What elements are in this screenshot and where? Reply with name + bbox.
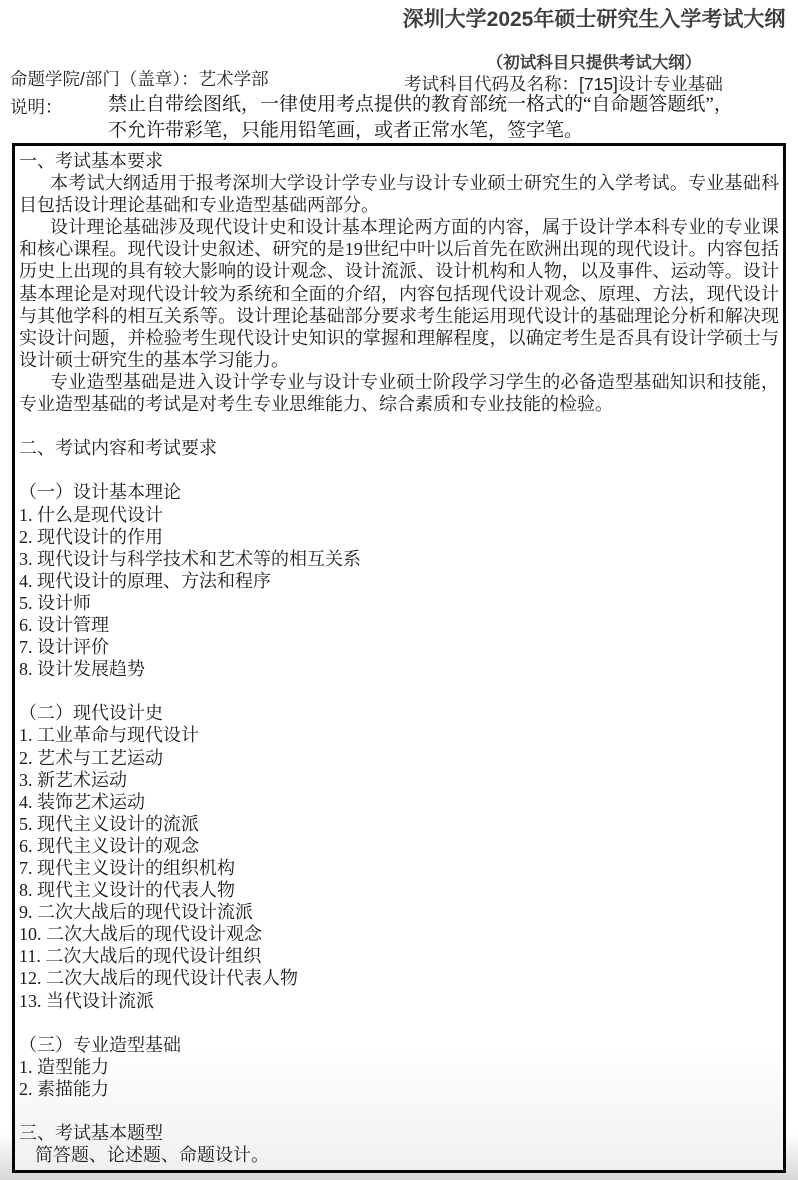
spacer [19, 1100, 779, 1122]
section-2-heading: 二、考试内容和考试要求 [19, 437, 779, 459]
spacer [19, 415, 779, 437]
subsection-1-heading: （一）设计基本理论 [19, 481, 779, 503]
header-title-block: 深圳大学2025年硕士研究生入学考试大纲 （初试科目只提供考试大纲） [398, 6, 790, 73]
list-item: 6. 设计管理 [19, 614, 779, 636]
subsection-3-heading: （三）专业造型基础 [19, 1034, 779, 1056]
spacer [19, 1012, 779, 1034]
list-item: 2. 素描能力 [19, 1078, 779, 1100]
list-item: 8. 现代主义设计的代表人物 [19, 879, 779, 901]
list-item: 3. 现代设计与科学技术和艺术等的相互关系 [19, 548, 779, 570]
section-1-paragraph-3: 专业造型基础是进入设计学专业与设计专业硕士阶段学习学生的必备造型基础知识和技能，… [19, 371, 779, 415]
section-1-paragraph-2: 设计理论基础涉及现代设计史和设计基本理论两方面的内容，属于设计学本科专业的专业课… [19, 216, 779, 371]
list-item: 2. 艺术与工艺运动 [19, 747, 779, 769]
list-item: 6. 现代主义设计的观念 [19, 835, 779, 857]
section-1-paragraph-1: 本考试大纲适用于报考深圳大学设计学专业与设计专业硕士研究生的入学考试。专业基础科… [19, 172, 779, 216]
issuing-department-field: 命题学院/部门（盖章）：艺术学部 [10, 66, 269, 91]
list-item: 7. 现代主义设计的组织机构 [19, 857, 779, 879]
list-item: 8. 设计发展趋势 [19, 658, 779, 680]
list-item: 10. 二次大战后的现代设计观念 [19, 923, 779, 945]
spacer [19, 459, 779, 481]
spacer [19, 680, 779, 702]
document-page: 深圳大学2025年硕士研究生入学考试大纲 （初试科目只提供考试大纲） 命题学院/… [0, 0, 798, 1180]
subject-code-value: [715]设计专业基础 [579, 74, 723, 94]
list-item: 1. 造型能力 [19, 1056, 779, 1078]
list-item: 12. 二次大战后的现代设计代表人物 [19, 967, 779, 989]
section-1-heading: 一、考试基本要求 [19, 150, 779, 172]
issuing-department-value: 艺术学部 [199, 69, 269, 89]
list-item: 4. 现代设计的原理、方法和程序 [19, 570, 779, 592]
note-line-2: 不允许带彩笔，只能用铅笔画，或者正常水笔，签字笔。 [108, 118, 733, 144]
list-item: 1. 什么是现代设计 [19, 504, 779, 526]
list-item: 4. 装饰艺术运动 [19, 791, 779, 813]
list-item: 13. 当代设计流派 [19, 990, 779, 1012]
list-item: 11. 二次大战后的现代设计组织 [19, 945, 779, 967]
list-item: 5. 现代主义设计的流派 [19, 813, 779, 835]
issuing-department-label: 命题学院/部门（盖章）： [10, 69, 199, 89]
outline-box: 一、考试基本要求 本考试大纲适用于报考深圳大学设计学专业与设计专业硕士研究生的入… [12, 143, 786, 1173]
subsection-2-heading: （二）现代设计史 [19, 702, 779, 724]
list-item: 5. 设计师 [19, 592, 779, 614]
section-3-text: 简答题、论述题、命题设计。 [19, 1144, 779, 1166]
subject-code-label: 考试科目代码及名称： [404, 74, 579, 94]
list-item: 9. 二次大战后的现代设计流派 [19, 901, 779, 923]
doc-subtitle: （初试科目只提供考试大纲） [398, 53, 790, 73]
section-3-heading: 三、考试基本题型 [19, 1122, 779, 1144]
list-item: 7. 设计评价 [19, 636, 779, 658]
list-item: 3. 新艺术运动 [19, 769, 779, 791]
note-line-1: 禁止自带绘图纸，一律使用考点提供的教育部统一格式的“自命题答题纸”， [108, 92, 733, 118]
list-item: 1. 工业革命与现代设计 [19, 724, 779, 746]
list-item: 2. 现代设计的作用 [19, 526, 779, 548]
doc-title: 深圳大学2025年硕士研究生入学考试大纲 [398, 6, 790, 34]
note-text: 禁止自带绘图纸，一律使用考点提供的教育部统一格式的“自命题答题纸”， 不允许带彩… [108, 92, 733, 143]
note-label: 说明： [10, 94, 63, 119]
